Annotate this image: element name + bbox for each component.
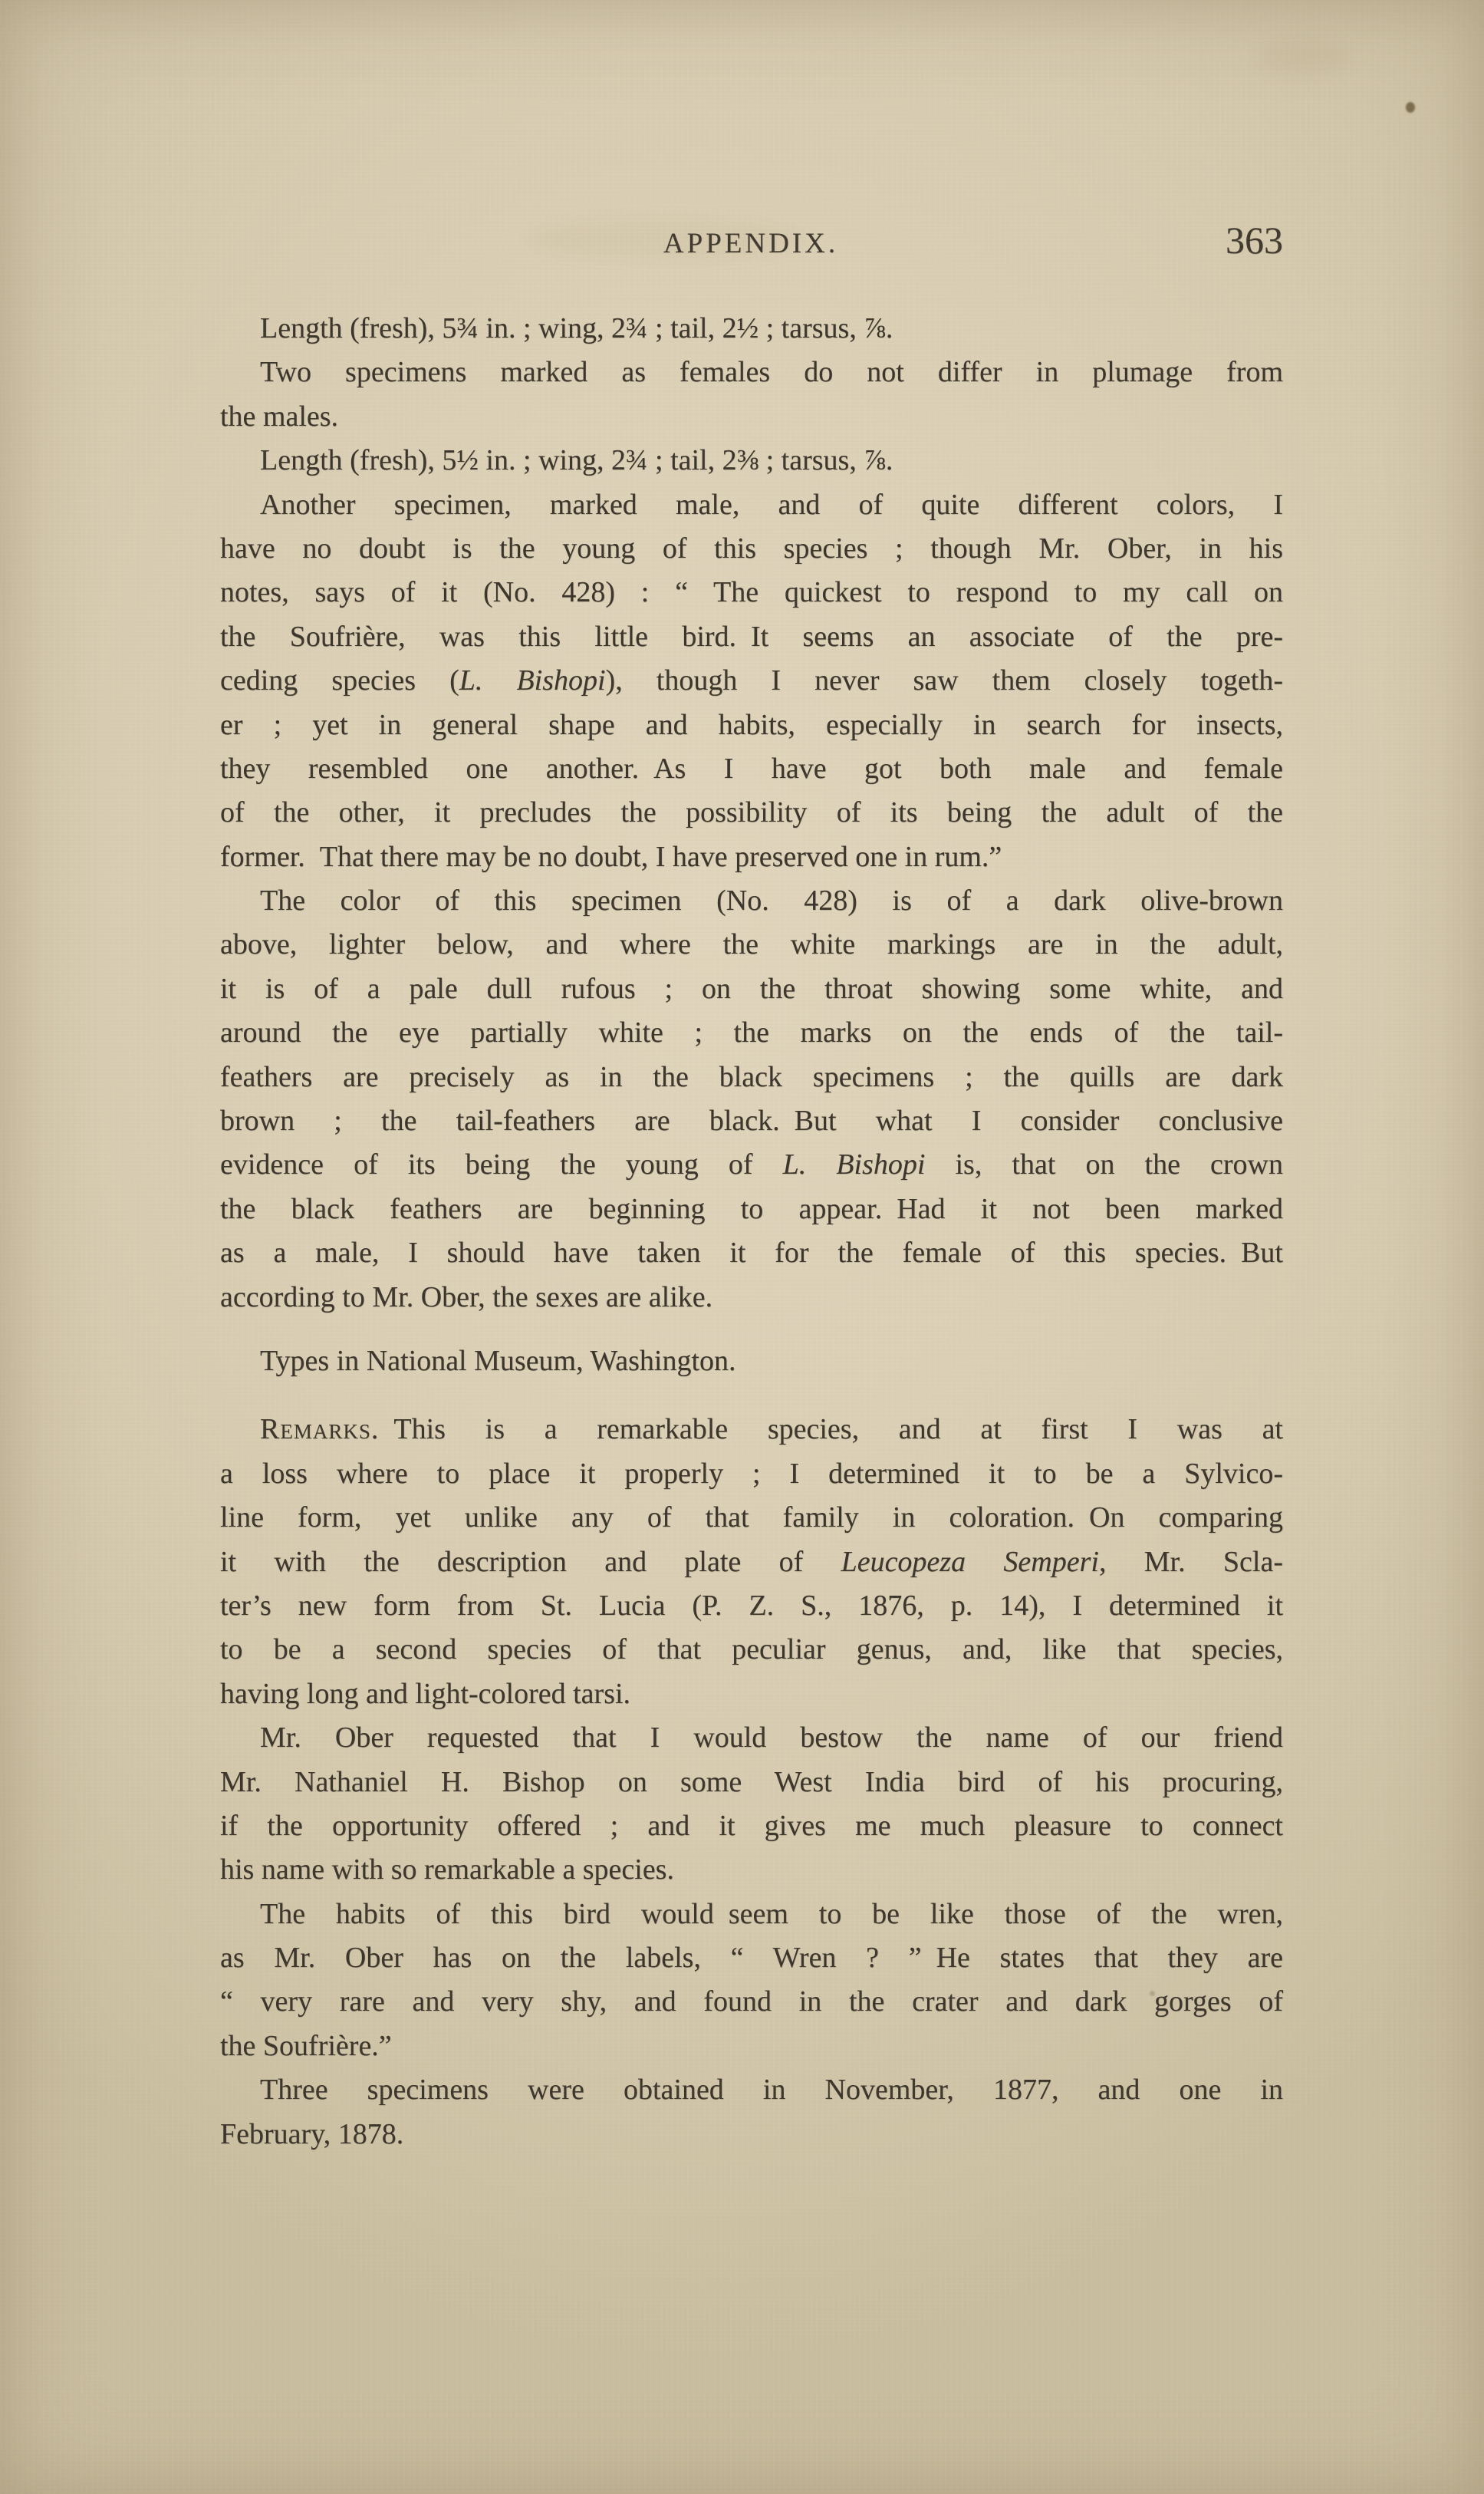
text-line: have no doubt is the young of this speci… <box>220 527 1283 571</box>
remarks-label: Remarks. <box>260 1413 379 1445</box>
text-run: as a male, I should have taken it for th… <box>220 1237 1283 1269</box>
text-line: they resembled one another. As I have go… <box>220 747 1283 791</box>
text-run: Another specimen, marked male, and of qu… <box>260 489 1283 521</box>
text-run: er ; yet in general shape and habits, es… <box>220 709 1283 741</box>
text-line: to be a second species of that peculiar … <box>220 1628 1283 1672</box>
species-name: L. Bishopi <box>783 1148 926 1181</box>
text-line: as a male, I should have taken it for th… <box>220 1231 1283 1275</box>
text-run: February, 1878. <box>220 2118 403 2150</box>
text-line: Remarks. This is a remarkable species, a… <box>220 1408 1283 1451</box>
page-number: 363 <box>219 218 1283 262</box>
text-line: Mr. Ober requested that I would bestow t… <box>220 1716 1283 1760</box>
text-run: they resembled one another. As I have go… <box>220 753 1283 785</box>
text-run: evidence of its being the young of <box>220 1148 783 1181</box>
text-line: feathers are precisely as in the black s… <box>220 1056 1283 1099</box>
text-run: it with the description and plate of <box>220 1546 841 1578</box>
paragraph: Mr. Ober requested that I would bestow t… <box>220 1716 1283 1893</box>
text-run: , Mr. Scla- <box>1099 1546 1283 1578</box>
species-name: Leucopeza Semperi <box>841 1546 1099 1578</box>
text-line: Length (fresh), 5½ in. ; wing, 2¾ ; tail… <box>220 439 1283 483</box>
text-line: the males. <box>220 395 1283 439</box>
book-page: APPENDIX. 363 Length (fresh), 5¾ in. ; w… <box>0 0 1484 2494</box>
text-run: Three specimens were obtained in Novembe… <box>260 2074 1283 2106</box>
text-run: the black feathers are beginning to appe… <box>220 1193 1283 1225</box>
species-name: L. Bishopi <box>459 664 606 697</box>
text-line: it with the description and plate of Leu… <box>220 1540 1283 1584</box>
text-run: feathers are precisely as in the black s… <box>220 1061 1283 1093</box>
text-run: the Soufrière.” <box>220 2030 392 2062</box>
text-line: notes, says of it (No. 428) : “ The quic… <box>220 571 1283 614</box>
paper-speck <box>1406 102 1415 113</box>
text-line: the Soufrière, was this little bird. It … <box>220 615 1283 659</box>
text-run: Types in National Museum, Washington. <box>260 1345 736 1377</box>
text-line: er ; yet in general shape and habits, es… <box>220 703 1283 747</box>
text-line: The color of this specimen (No. 428) is … <box>220 879 1283 923</box>
text-run: Mr. Ober requested that I would bestow t… <box>260 1721 1283 1754</box>
text-line: the Soufrière.” <box>220 2025 1283 2068</box>
paragraph: Length (fresh), 5½ in. ; wing, 2¾ ; tail… <box>220 439 1283 483</box>
text-run: Length (fresh), 5¾ in. ; wing, 2¾ ; tail… <box>260 312 893 344</box>
paragraph: Types in National Museum, Washington. <box>220 1339 1283 1383</box>
text-run: This is a remarkable species, and at fir… <box>379 1413 1283 1445</box>
text-run: of the other, it precludes the possibili… <box>220 796 1283 829</box>
text-run: the Soufrière, was this little bird. It … <box>220 621 1283 653</box>
paragraph: The color of this specimen (No. 428) is … <box>220 879 1283 1319</box>
text-line: evidence of its being the young of L. Bi… <box>220 1143 1283 1187</box>
text-line: “ very rare and very shy, and found in t… <box>220 1980 1283 2024</box>
text-line: a loss where to place it properly ; I de… <box>220 1452 1283 1496</box>
text-line: ceding species (L. Bishopi), though I ne… <box>220 659 1283 703</box>
text-run: The color of this specimen (No. 428) is … <box>260 885 1283 917</box>
text-line: of the other, it precludes the possibili… <box>220 791 1283 835</box>
paragraph: Two specimens marked as females do not d… <box>220 351 1283 439</box>
text-run: his name with so remarkable a species. <box>220 1853 674 1886</box>
text-line: Length (fresh), 5¾ in. ; wing, 2¾ ; tail… <box>220 307 1283 351</box>
text-run: above, lighter below, and where the whit… <box>220 928 1283 960</box>
text-run: notes, says of it (No. 428) : “ The quic… <box>220 576 1283 608</box>
text-line: if the opportunity offered ; and it give… <box>220 1804 1283 1848</box>
text-run: around the eye partially white ; the mar… <box>220 1016 1283 1049</box>
text-run: having long and light-colored tarsi. <box>220 1678 630 1710</box>
text-run: Mr. Nathaniel H. Bishop on some West Ind… <box>220 1766 1283 1798</box>
text-run: a loss where to place it properly ; I de… <box>220 1458 1283 1490</box>
text-run: brown ; the tail-feathers are black. But… <box>220 1105 1283 1137</box>
text-run: if the opportunity offered ; and it give… <box>220 1810 1283 1842</box>
paragraph: Another specimen, marked male, and of qu… <box>220 483 1283 880</box>
paper-stain <box>1258 40 1350 75</box>
text-line: it is of a pale dull rufous ; on the thr… <box>220 967 1283 1011</box>
text-line: as Mr. Ober has on the labels, “ Wren ? … <box>220 1936 1283 1980</box>
text-line: having long and light-colored tarsi. <box>220 1672 1283 1716</box>
text-line: brown ; the tail-feathers are black. But… <box>220 1099 1283 1143</box>
text-line: ter’s new form from St. Lucia (P. Z. S.,… <box>220 1584 1283 1628</box>
text-line: above, lighter below, and where the whit… <box>220 923 1283 967</box>
text-line: February, 1878. <box>220 2113 1283 2156</box>
text-line: the black feathers are beginning to appe… <box>220 1188 1283 1231</box>
paragraph: Remarks. This is a remarkable species, a… <box>220 1408 1283 1716</box>
text-run: the males. <box>220 400 338 433</box>
paragraph: Length (fresh), 5¾ in. ; wing, 2¾ ; tail… <box>220 307 1283 351</box>
text-run: ), though I never saw them closely toget… <box>606 664 1283 697</box>
text-line: according to Mr. Ober, the sexes are ali… <box>220 1276 1283 1319</box>
paragraph: The habits of this bird would seem to be… <box>220 1893 1283 2069</box>
text-run: ter’s new form from St. Lucia (P. Z. S.,… <box>220 1590 1283 1622</box>
paragraph: Three specimens were obtained in Novembe… <box>220 2068 1283 2156</box>
text-line: around the eye partially white ; the mar… <box>220 1011 1283 1055</box>
text-line: Another specimen, marked male, and of qu… <box>220 483 1283 527</box>
text-run: it is of a pale dull rufous ; on the thr… <box>220 973 1283 1005</box>
text-run: is, that on the crown <box>925 1148 1283 1181</box>
text-run: Two specimens marked as females do not d… <box>260 356 1283 388</box>
text-line: The habits of this bird would seem to be… <box>220 1893 1283 1936</box>
text-run: “ very rare and very shy, and found in t… <box>220 1985 1283 2018</box>
text-run: Length (fresh), 5½ in. ; wing, 2¾ ; tail… <box>260 444 893 476</box>
text-line: his name with so remarkable a species. <box>220 1848 1283 1892</box>
page-text: Length (fresh), 5¾ in. ; wing, 2¾ ; tail… <box>220 307 1283 2156</box>
text-line: Three specimens were obtained in Novembe… <box>220 2068 1283 2112</box>
text-run: have no doubt is the young of this speci… <box>220 532 1283 565</box>
text-line: Types in National Museum, Washington. <box>220 1339 1283 1383</box>
text-line: line form, yet unlike any of that family… <box>220 1496 1283 1540</box>
text-run: line form, yet unlike any of that family… <box>220 1501 1283 1534</box>
text-run: former. That there may be no doubt, I ha… <box>220 841 1002 873</box>
text-run: as Mr. Ober has on the labels, “ Wren ? … <box>220 1942 1283 1974</box>
text-line: Two specimens marked as females do not d… <box>220 351 1283 394</box>
text-run: The habits of this bird would seem to be… <box>260 1898 1283 1930</box>
text-run: according to Mr. Ober, the sexes are ali… <box>220 1281 712 1313</box>
text-run: ceding species ( <box>220 664 459 697</box>
text-line: former. That there may be no doubt, I ha… <box>220 835 1283 879</box>
text-line: Mr. Nathaniel H. Bishop on some West Ind… <box>220 1761 1283 1804</box>
text-run: to be a second species of that peculiar … <box>220 1633 1283 1665</box>
